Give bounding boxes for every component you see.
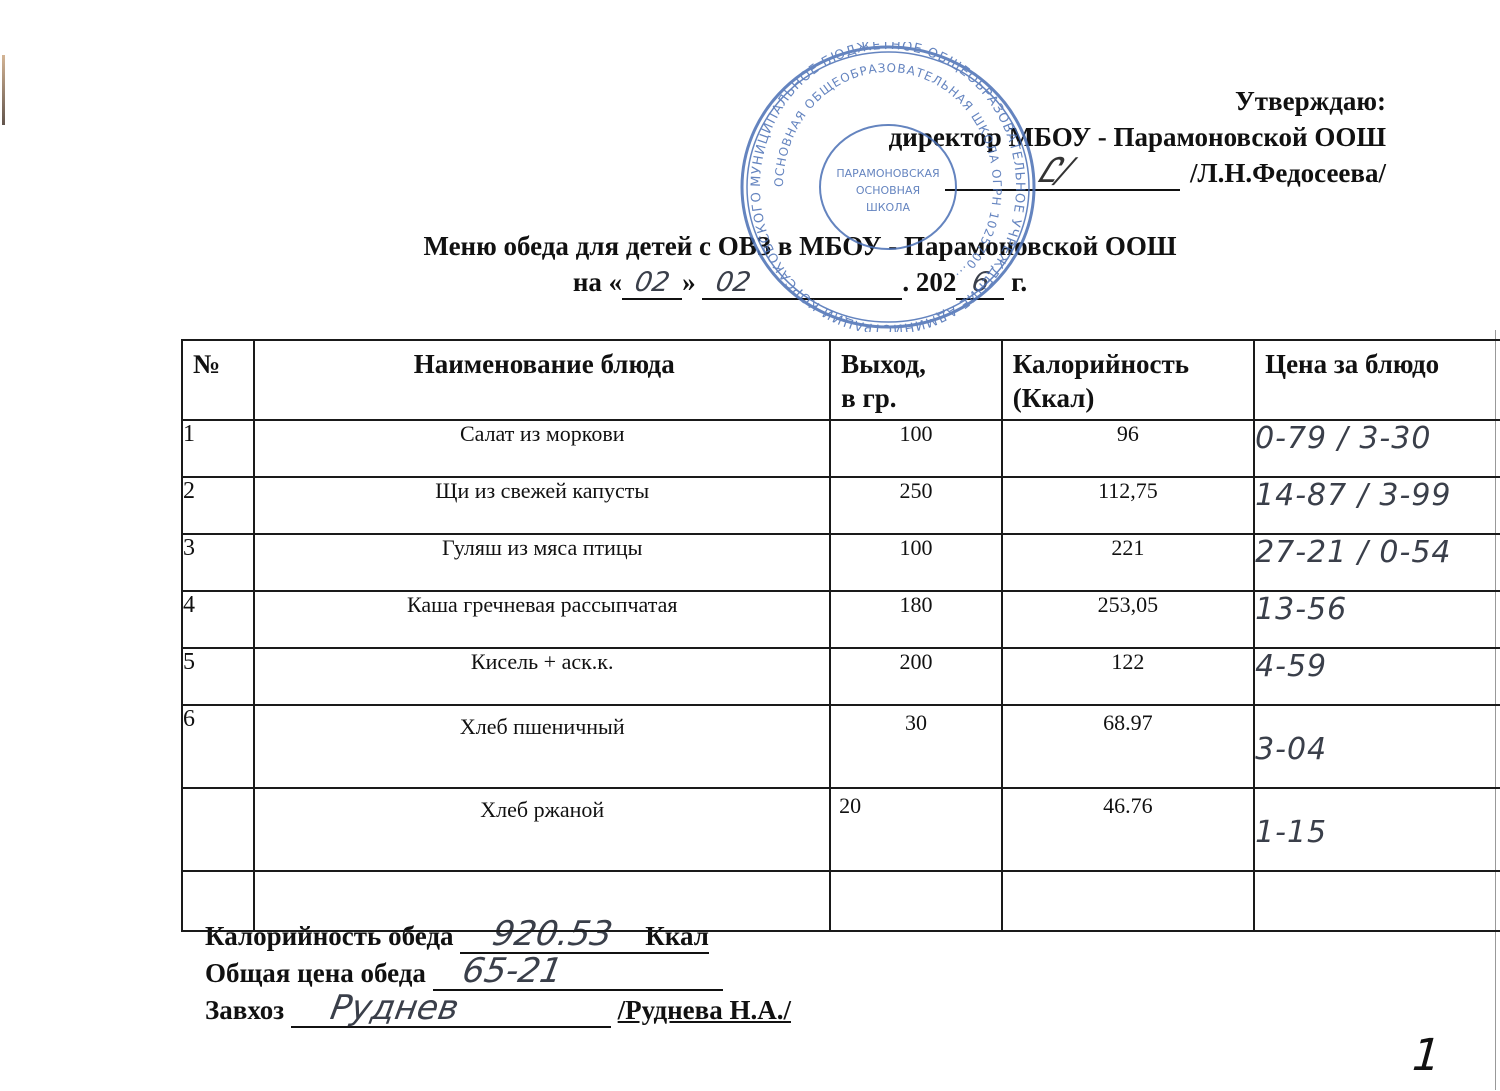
manager-name: /Руднева Н.А./ bbox=[618, 995, 791, 1025]
page-number: 1 bbox=[1405, 1030, 1447, 1081]
header-num: № bbox=[182, 340, 254, 420]
cell-num: 5 bbox=[182, 648, 254, 705]
month-field: 02 bbox=[702, 267, 902, 300]
footer-block: Калорийность обеда 920.53Ккал Общая цена… bbox=[205, 918, 791, 1029]
table-row: 6Хлеб пшеничный3068.973-04 bbox=[182, 705, 1500, 788]
total-price-value: 65-21 bbox=[460, 955, 564, 987]
cell-output: 100 bbox=[830, 420, 1002, 477]
document-title: Меню обеда для детей с ОВЗ в МБОУ - Пара… bbox=[300, 228, 1300, 300]
cell-calories: 112,75 bbox=[1002, 477, 1254, 534]
approval-signature-row: Ꮭ/ /Л.Н.Федосеева/ bbox=[889, 155, 1386, 191]
cell-calories: 253,05 bbox=[1002, 591, 1254, 648]
approval-position: директор МБОУ - Парамоновской ООШ bbox=[889, 119, 1386, 155]
cell-price: 1-15 bbox=[1254, 788, 1500, 871]
month-value: 02 bbox=[714, 268, 754, 298]
total-price-field: 65-21 bbox=[433, 955, 723, 991]
header-calories-line1: Калорийность bbox=[1013, 347, 1247, 381]
cell-output: 180 bbox=[830, 591, 1002, 648]
cell-num: 3 bbox=[182, 534, 254, 591]
cell-name: Хлеб ржаной bbox=[254, 788, 830, 871]
day-field: 02 bbox=[622, 267, 682, 300]
cell-calories: 46.76 bbox=[1002, 788, 1254, 871]
table-row bbox=[182, 871, 1500, 931]
cell-price: 3-04 bbox=[1254, 705, 1500, 788]
manager-label: Завхоз bbox=[205, 995, 284, 1025]
table-row: 2Щи из свежей капусты250112,7514-87 / 3-… bbox=[182, 477, 1500, 534]
cell-output: 20 bbox=[830, 788, 1002, 871]
cell-name: Салат из моркови bbox=[254, 420, 830, 477]
header-price: Цена за блюдо bbox=[1254, 340, 1500, 420]
approval-block: Утверждаю: директор МБОУ - Парамоновской… bbox=[889, 83, 1386, 191]
cell-name: Кисель + аск.к. bbox=[254, 648, 830, 705]
director-signature: Ꮭ/ bbox=[1033, 153, 1077, 189]
header-calories: Калорийность (Ккал) bbox=[1002, 340, 1254, 420]
scan-edge-shadow bbox=[2, 55, 5, 125]
header-calories-line2: (Ккал) bbox=[1013, 381, 1247, 415]
cell-num: 2 bbox=[182, 477, 254, 534]
manager-signature: Руднев bbox=[328, 992, 461, 1024]
cell-price: 13-56 bbox=[1254, 591, 1500, 648]
cell-num bbox=[182, 788, 254, 871]
year-digit-value: 6 bbox=[969, 268, 991, 298]
header-output-line2: в гр. bbox=[841, 381, 995, 415]
table-row: 4Каша гречневая рассыпчатая180253,0513-5… bbox=[182, 591, 1500, 648]
cell-num: 6 bbox=[182, 705, 254, 788]
cell-output: 250 bbox=[830, 477, 1002, 534]
cell-price bbox=[1254, 871, 1500, 931]
manager-row: Завхоз Руднев /Руднева Н.А./ bbox=[205, 992, 791, 1029]
manager-signature-field: Руднев bbox=[291, 992, 611, 1028]
cell-num bbox=[182, 871, 254, 931]
cell-calories bbox=[1002, 871, 1254, 931]
day-suffix: » bbox=[682, 267, 696, 297]
cell-calories: 68.97 bbox=[1002, 705, 1254, 788]
cell-price: 27-21 / 0-54 bbox=[1254, 534, 1500, 591]
approval-label: Утверждаю: bbox=[889, 83, 1386, 119]
table-header-row: № Наименование блюда Выход, в гр. Калори… bbox=[182, 340, 1500, 420]
stamp-center-line-3: ШКОЛА bbox=[866, 201, 911, 214]
cell-price: 14-87 / 3-99 bbox=[1254, 477, 1500, 534]
header-name: Наименование блюда bbox=[254, 340, 830, 420]
cell-price: 0-79 / 3-30 bbox=[1254, 420, 1500, 477]
cell-calories: 221 bbox=[1002, 534, 1254, 591]
header-output-line1: Выход, bbox=[841, 347, 995, 381]
table-row: 5Кисель + аск.к.2001224-59 bbox=[182, 648, 1500, 705]
cell-num: 4 bbox=[182, 591, 254, 648]
header-output: Выход, в гр. bbox=[830, 340, 1002, 420]
cell-calories: 96 bbox=[1002, 420, 1254, 477]
total-price-label: Общая цена обеда bbox=[205, 958, 426, 988]
signature-line: Ꮭ/ bbox=[945, 163, 1180, 191]
year-prefix: . 202 bbox=[902, 267, 956, 297]
table-row: Хлеб ржаной2046.761-15 bbox=[182, 788, 1500, 871]
cell-name: Хлеб пшеничный bbox=[254, 705, 830, 788]
year-suffix: г. bbox=[1004, 267, 1027, 297]
cell-calories: 122 bbox=[1002, 648, 1254, 705]
cell-price: 4-59 bbox=[1254, 648, 1500, 705]
year-field: 6 bbox=[956, 267, 1004, 300]
day-value: 02 bbox=[632, 268, 672, 298]
cell-output bbox=[830, 871, 1002, 931]
table-row: 1Салат из моркови100960-79 / 3-30 bbox=[182, 420, 1500, 477]
total-price-row: Общая цена обеда 65-21 bbox=[205, 955, 791, 992]
director-name: /Л.Н.Федосеева/ bbox=[1190, 158, 1386, 188]
menu-table: № Наименование блюда Выход, в гр. Калори… bbox=[181, 339, 1500, 932]
cell-output: 100 bbox=[830, 534, 1002, 591]
cell-name: Щи из свежей капусты bbox=[254, 477, 830, 534]
cell-name: Каша гречневая рассыпчатая bbox=[254, 591, 830, 648]
cell-name bbox=[254, 871, 830, 931]
cell-num: 1 bbox=[182, 420, 254, 477]
date-prefix: на « bbox=[573, 267, 622, 297]
title-line: Меню обеда для детей с ОВЗ в МБОУ - Пара… bbox=[300, 228, 1300, 264]
cell-output: 200 bbox=[830, 648, 1002, 705]
cell-output: 30 bbox=[830, 705, 1002, 788]
date-line: на «02» 02. 2026 г. bbox=[300, 264, 1300, 300]
cell-name: Гуляш из мяса птицы bbox=[254, 534, 830, 591]
table-row: 3Гуляш из мяса птицы10022127-21 / 0-54 bbox=[182, 534, 1500, 591]
